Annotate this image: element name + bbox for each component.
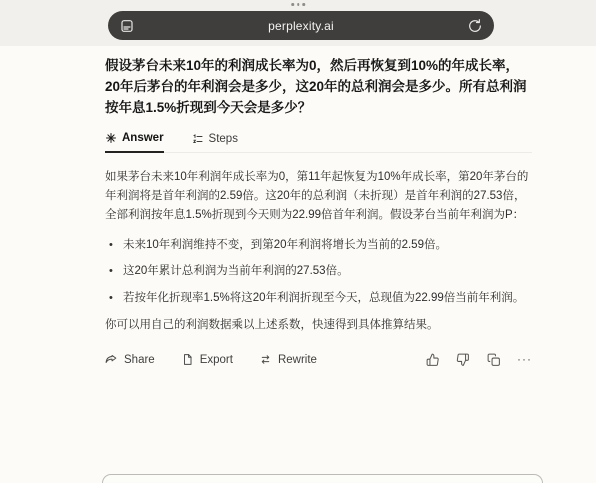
- thumbs-up-button[interactable]: [426, 353, 440, 367]
- copy-button[interactable]: [487, 353, 501, 367]
- document-icon: [181, 353, 194, 366]
- reload-icon[interactable]: [467, 18, 483, 34]
- share-label: Share: [124, 354, 155, 366]
- share-button[interactable]: Share: [105, 353, 155, 366]
- window-handle-dots-icon[interactable]: [291, 3, 305, 6]
- url-text[interactable]: perplexity.ai: [135, 19, 467, 33]
- answer-paragraph: 如果茅台未来10年利润年成长率为0，第11年起恢复为10%年成长率，第20年茅台…: [105, 168, 532, 225]
- rewrite-label: Rewrite: [278, 354, 317, 366]
- numbered-list-icon: [192, 133, 204, 145]
- rewrite-button[interactable]: Rewrite: [259, 353, 317, 366]
- thumbs-down-button[interactable]: [456, 353, 470, 367]
- browser-chrome: perplexity.ai: [0, 0, 596, 46]
- thumbs-down-icon: [456, 353, 470, 367]
- export-label: Export: [200, 354, 233, 366]
- rewrite-cycle-icon: [259, 353, 272, 366]
- tab-steps-label: Steps: [209, 133, 238, 145]
- tab-steps[interactable]: Steps: [192, 133, 238, 152]
- bullet-item: 若按年化折现率1.5%将这20年利润折现至今天，总现值为22.99倍当前年利润。: [105, 290, 532, 307]
- thumbs-up-icon: [426, 353, 440, 367]
- answer-closing-line: 你可以用自己的利润数据乘以上述系数，快速得到具体推算结果。: [105, 316, 532, 334]
- next-section-card-edge[interactable]: [102, 474, 543, 483]
- reader-mode-icon[interactable]: [119, 18, 135, 34]
- action-buttons-left: Share Export Rewrite: [105, 353, 317, 366]
- tab-bar: Answer Steps: [105, 132, 532, 153]
- action-buttons-right: ···: [426, 353, 533, 367]
- copy-icon: [487, 353, 501, 367]
- bullet-item: 未来10年利润维持不变，到第20年利润将增长为当前的2.59倍。: [105, 237, 532, 254]
- answer-bullet-list: 未来10年利润维持不变，到第20年利润将增长为当前的2.59倍。 这20年累计总…: [105, 237, 532, 307]
- user-question: 假设茅台未来10年的利润成长率为0，然后再恢复到10%的年成长率，20年后茅台的…: [105, 55, 532, 118]
- address-bar[interactable]: perplexity.ai: [108, 11, 494, 40]
- share-icon: [105, 353, 118, 366]
- tab-answer-label: Answer: [122, 132, 164, 144]
- page-content: 假设茅台未来10年的利润成长率为0，然后再恢复到10%的年成长率，20年后茅台的…: [0, 46, 596, 483]
- perplexity-logo-icon: [105, 132, 117, 144]
- bullet-item: 这20年累计总利润为当前年利润的27.53倍。: [105, 263, 532, 280]
- more-icon: ···: [517, 353, 532, 366]
- more-options-button[interactable]: ···: [517, 353, 532, 366]
- tab-answer[interactable]: Answer: [105, 132, 164, 153]
- answer-action-bar: Share Export Rewrite: [105, 353, 532, 367]
- export-button[interactable]: Export: [181, 353, 233, 366]
